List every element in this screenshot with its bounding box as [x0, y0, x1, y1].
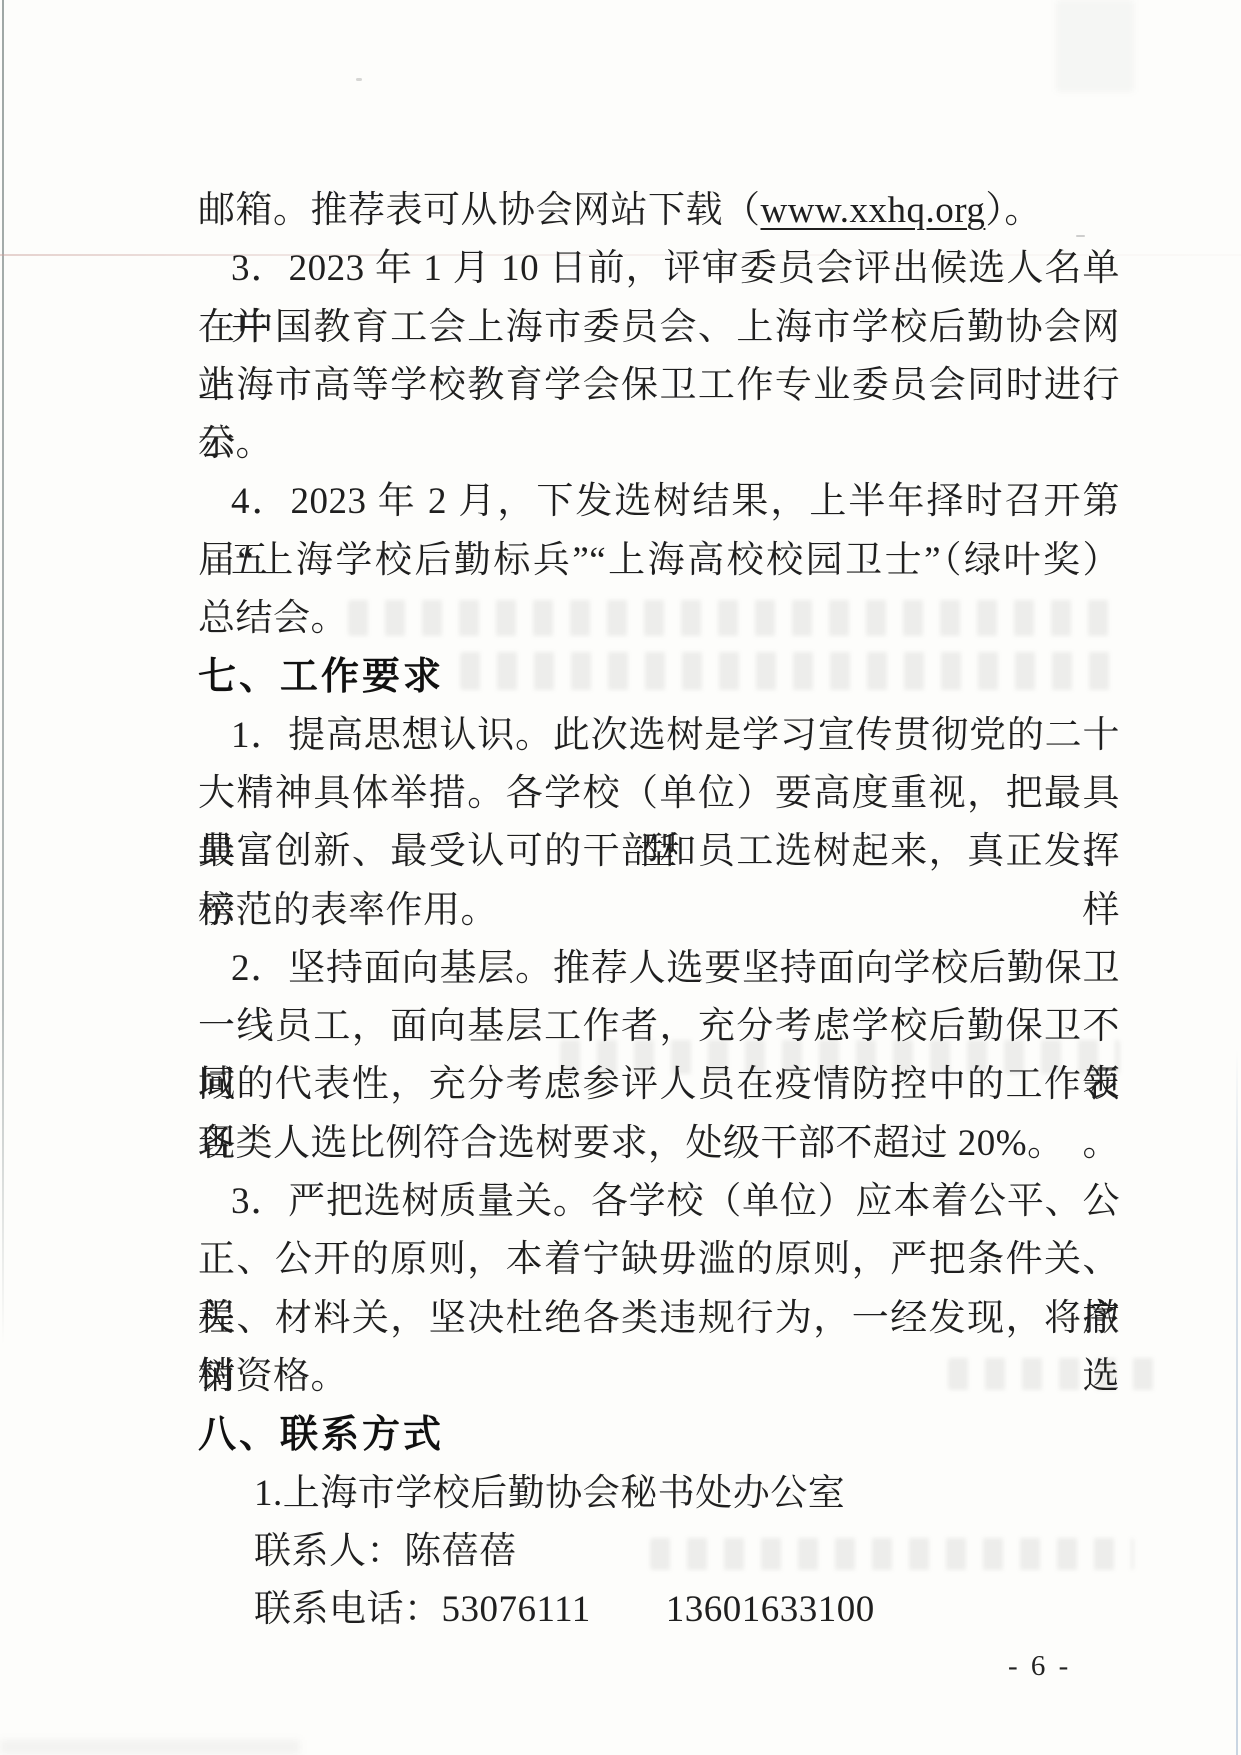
scan-artifact-left-edge-line — [2, 0, 4, 1345]
text-line: 邮箱。推荐表可从协会网站下载（www.xxhq.org）。 — [198, 182, 1120, 240]
scan-artifact-right-edge-line — [1236, 1050, 1238, 1755]
section-heading: 八、联系方式 — [198, 1406, 1120, 1464]
text-segment: 2．坚持面向基层。推荐人选要坚持面向学校后勤保卫 — [231, 948, 1120, 989]
text-line: 关、材料关，坚决杜绝各类违规行为，一经发现，将撤销选 — [198, 1290, 1120, 1348]
text-segment: 届“上海学校后勤标兵”“上海高校校园卫士”（绿叶奖） — [198, 540, 1120, 581]
page-number: - 6 - — [1008, 1650, 1071, 1683]
text-segment: 1．提高思想认识。此次选树是学习宣传贯彻党的二十 — [231, 715, 1120, 756]
document-page: 邮箱。推荐表可从协会网站下载（www.xxhq.org）。3．2023 年 1 … — [0, 0, 1241, 1755]
text-line: 4．2023 年 2 月，下发选树结果，上半年择时召开第五 — [198, 473, 1120, 531]
text-line: 总结会。 — [198, 590, 1120, 648]
text-segment: 1.上海市学校后勤协会秘书处办公室 — [254, 1473, 845, 1514]
text-segment: 七、工作要求 — [198, 656, 444, 698]
document-text-column: 邮箱。推荐表可从协会网站下载（www.xxhq.org）。3．2023 年 1 … — [198, 182, 1120, 1639]
scanned-document-page: { "page": { "page_number": "- 6 -" }, "c… — [0, 0, 1241, 1755]
text-segment: 各类人选比例符合选树要求，处级干部不超过 20%。 — [198, 1123, 1065, 1164]
text-segment: 联系人：陈蓓蓓 — [254, 1531, 517, 1572]
text-segment: 示范的表率作用。 — [198, 890, 498, 931]
text-segment: 示。 — [198, 423, 273, 464]
text-line: 届“上海学校后勤标兵”“上海高校校园卫士”（绿叶奖） — [198, 532, 1120, 590]
text-line: 上海市高等学校教育学会保卫工作专业委员会同时进行公 — [198, 357, 1120, 415]
text-line: 各类人选比例符合选树要求，处级干部不超过 20%。 — [198, 1115, 1120, 1173]
text-line: 最富创新、最受认可的干部和员工选树起来，真正发挥榜样 — [198, 823, 1120, 881]
text-line: 在中国教育工会上海市委员会、上海市学校后勤协会网站、 — [198, 299, 1120, 357]
scan-artifact-top-right-band — [1056, 0, 1134, 92]
text-line: 联系电话：53076111 13601633100 — [198, 1581, 1120, 1639]
scan-artifact-speck — [356, 78, 362, 81]
text-line: 大精神具体举措。各学校（单位）要高度重视，把最具典型、 — [198, 765, 1120, 823]
text-segment: ）。 — [985, 190, 1042, 231]
section-heading: 七、工作要求 — [198, 648, 1120, 706]
scan-artifact-bottom-shadow — [0, 1740, 300, 1754]
text-line: 正、公开的原则，本着宁缺毋滥的原则，严把条件关、程序 — [198, 1231, 1120, 1289]
text-line: 域的代表性，充分考虑参评人员在疫情防控中的工作表现。 — [198, 1056, 1120, 1114]
text-segment: 邮箱。推荐表可从协会网站下载（ — [198, 190, 761, 231]
text-line: 1.上海市学校后勤协会秘书处办公室 — [198, 1465, 1120, 1523]
text-segment: 联系电话：53076111 13601633100 — [254, 1589, 875, 1630]
text-line: 3．严把选树质量关。各学校（单位）应本着公平、公 — [198, 1173, 1120, 1231]
text-line: 联系人：陈蓓蓓 — [198, 1523, 1120, 1581]
text-segment: 3．严把选树质量关。各学校（单位）应本着公平、公 — [231, 1181, 1120, 1222]
text-segment: 树资格。 — [198, 1356, 348, 1397]
text-line: 2．坚持面向基层。推荐人选要坚持面向学校后勤保卫 — [198, 940, 1120, 998]
url-text: www.xxhq.org — [761, 190, 986, 231]
text-line: 1．提高思想认识。此次选树是学习宣传贯彻党的二十 — [198, 707, 1120, 765]
text-line: 3．2023 年 1 月 10 日前，评审委员会评出候选人名单并 — [198, 240, 1120, 298]
text-segment: 八、联系方式 — [198, 1414, 444, 1456]
text-line: 一线员工，面向基层工作者，充分考虑学校后勤保卫不同领 — [198, 998, 1120, 1056]
text-line: 示。 — [198, 415, 1120, 473]
text-segment: 总结会。 — [198, 598, 348, 639]
